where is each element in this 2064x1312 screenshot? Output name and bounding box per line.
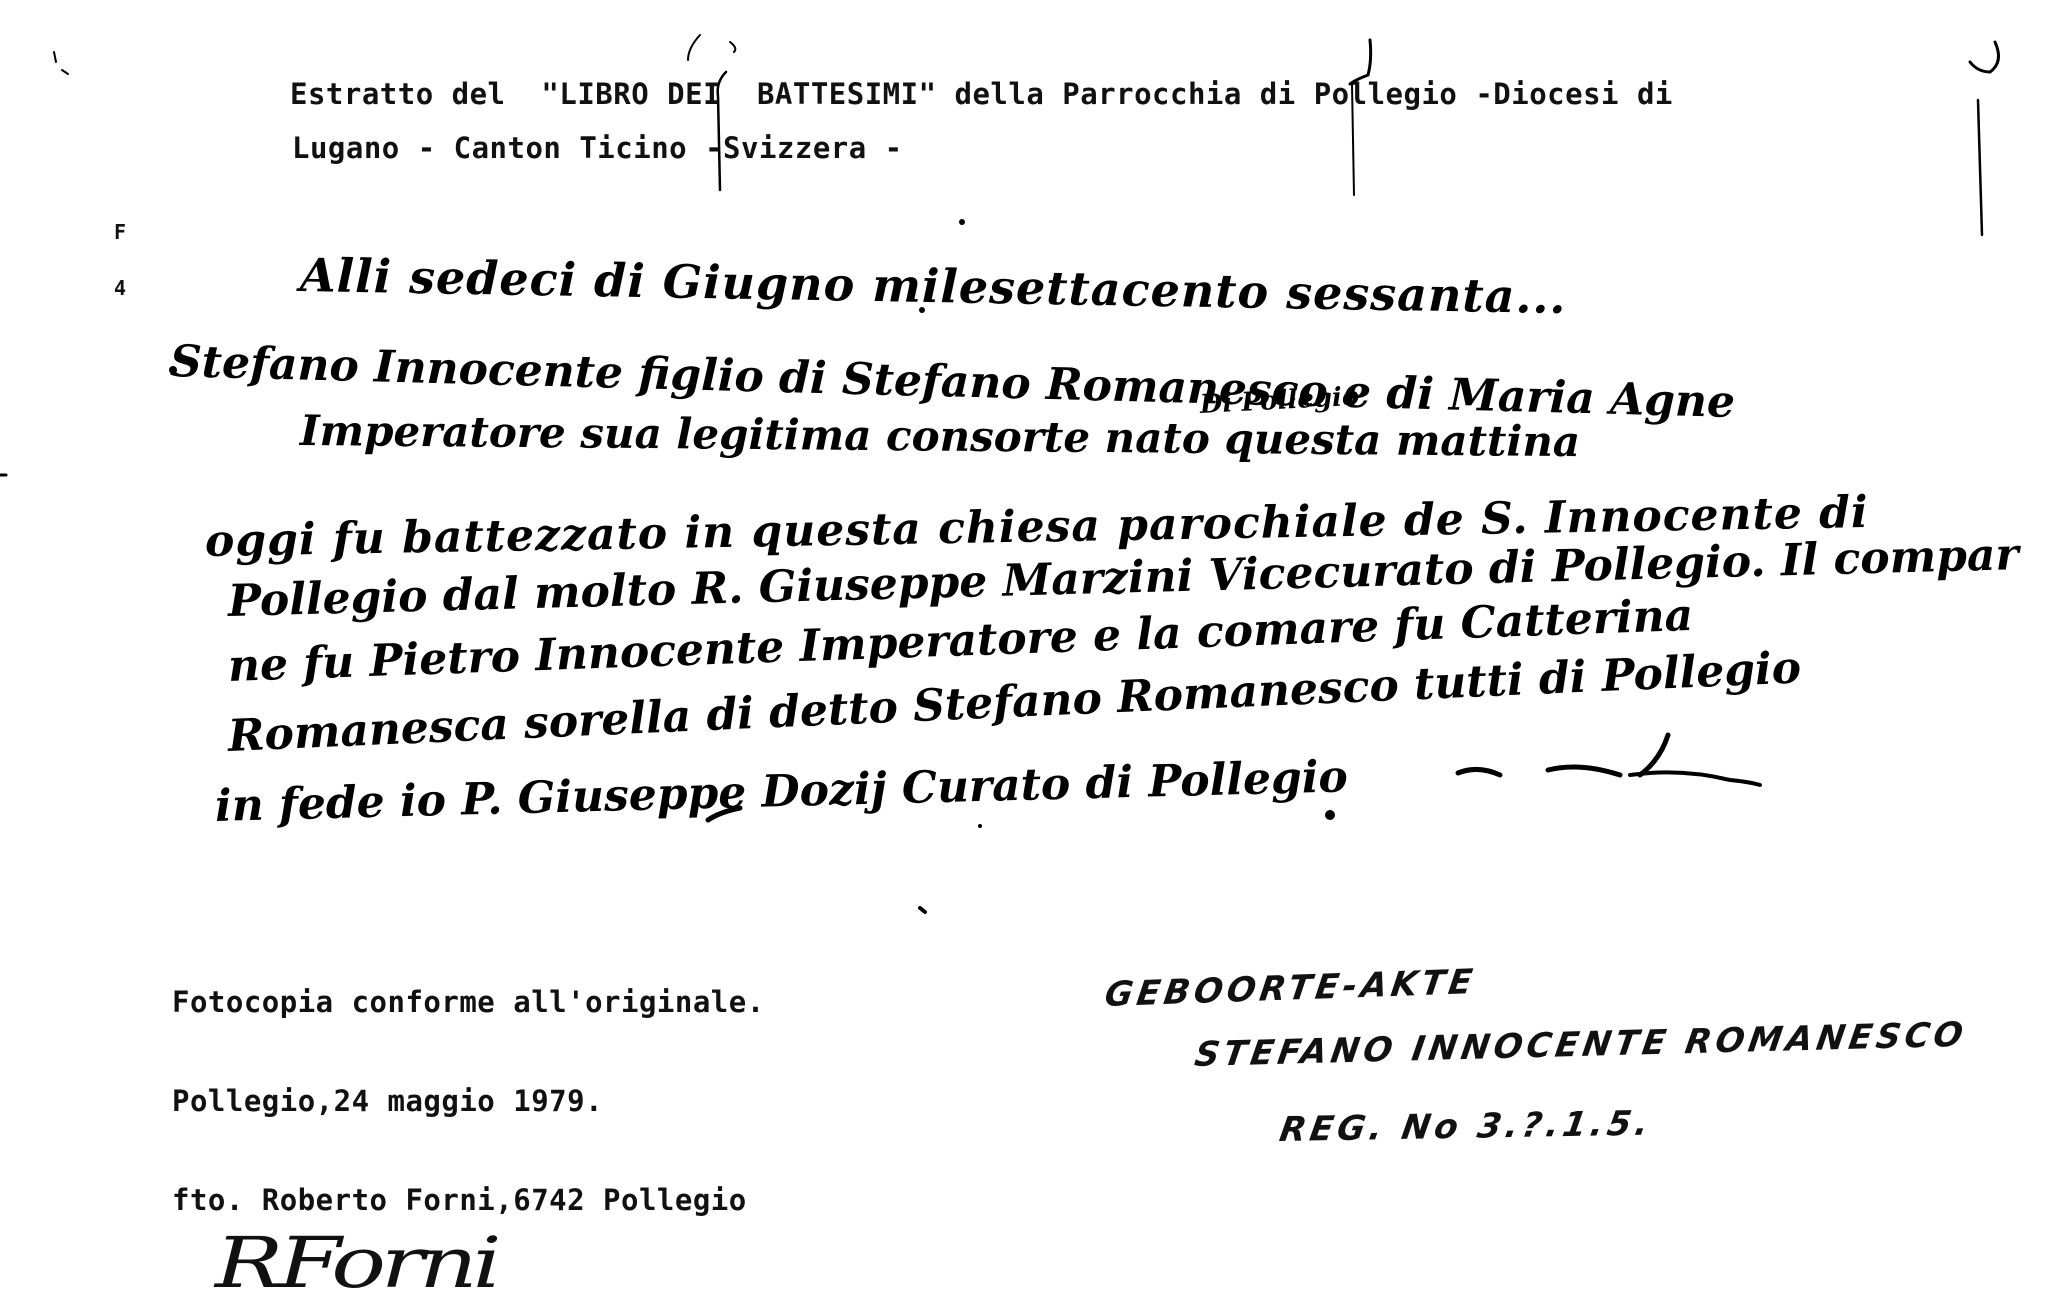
- margin-stamp: F 4: [108, 220, 132, 300]
- signed-by-text: fto. Roberto Forni,6742 Pollegio: [172, 1186, 747, 1215]
- record-line: Imperatore sua legitima consorte nato qu…: [300, 410, 1580, 463]
- annotation-title: GEBOORTE-AKTE: [1102, 962, 1479, 1015]
- margin-stamp-mark-2: 4: [108, 276, 132, 300]
- margin-stamp-mark-1: F: [108, 220, 132, 244]
- record-line: in fede io P. Giuseppe Dozij Curato di P…: [214, 755, 1348, 829]
- document-page: Estratto del "LIBRO DEI BATTESIMI" della…: [0, 0, 2064, 1312]
- place-date-text: Pollegio,24 maggio 1979.: [172, 1087, 603, 1116]
- header-line-2: Lugano - Canton Ticino -Svizzera -: [292, 134, 903, 163]
- certification-text: Fotocopia conforme all'originale.: [172, 988, 765, 1017]
- header-line-1: Estratto del "LIBRO DEI BATTESIMI" della…: [290, 80, 1673, 109]
- record-line: Alli sedeci di Giugno milesettacento ses…: [300, 252, 1567, 320]
- record-interlinear-note: Di Pollegio: [1199, 384, 1360, 418]
- signature: RForni: [215, 1222, 496, 1304]
- annotation-register: REG. No 3.?.1.5.: [1277, 1103, 1655, 1150]
- annotation-name: STEFANO INNOCENTE ROMANESCO: [1192, 1015, 1970, 1075]
